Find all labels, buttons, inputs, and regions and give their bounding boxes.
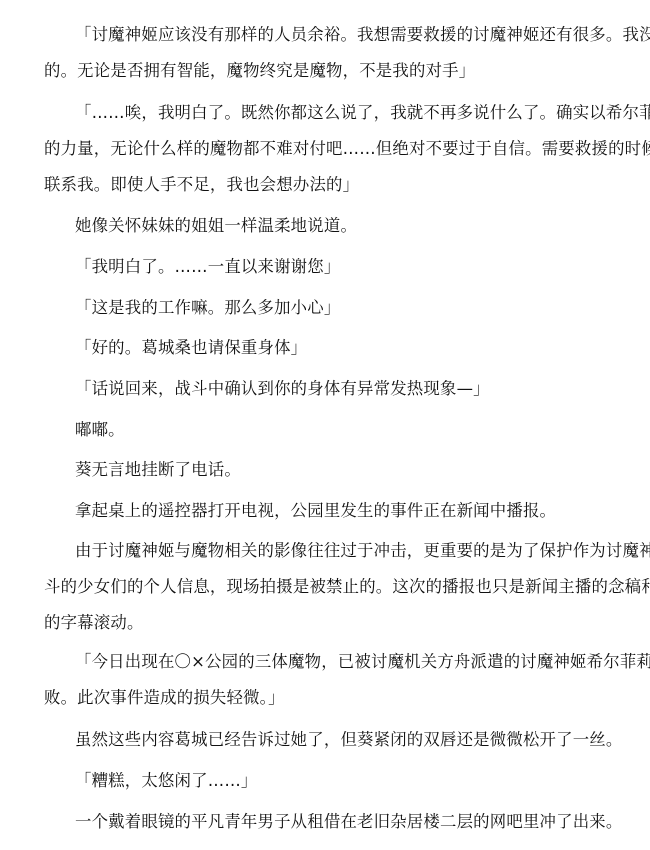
paragraph-line: 她像关怀妹妹的姐姐一样温柔地说道。 — [44, 208, 614, 244]
paragraph-2: 「……唉，我明白了。既然你都这么说了，我就不再多说什么了。确实以希尔菲莉亚 的力… — [44, 95, 614, 203]
paragraph-line: 联系我。即使人手不足，我也会想办法的」 — [44, 167, 614, 203]
paragraph-line: 「讨魔神姬应该没有那样的人员余裕。我想需要救援的讨魔神姬还有很多。我没问题 — [44, 17, 614, 53]
paragraph-15: 一个戴着眼镜的平凡青年男子从租借在老旧杂居楼二层的网吧里冲了出来。 — [44, 804, 614, 840]
paragraph-11: 由于讨魔神姬与魔物相关的影像往往过于冲击，更重要的是为了保护作为讨魔神姬战 斗的… — [44, 533, 614, 641]
paragraph-line: 「这是我的工作嘛。那么多加小心」 — [44, 290, 614, 326]
paragraph-4: 「我明白了。……一直以来谢谢您」 — [44, 249, 614, 285]
paragraph-line: 「糟糕，太悠闲了……」 — [44, 763, 614, 799]
paragraph-14: 「糟糕，太悠闲了……」 — [44, 763, 614, 799]
paragraph-line: 的字幕滚动。 — [44, 605, 614, 641]
paragraph-line: 斗的少女们的个人信息，现场拍摄是被禁止的。这次的播报也只是新闻主播的念稿和简单 — [44, 569, 614, 605]
paragraph-5: 「这是我的工作嘛。那么多加小心」 — [44, 290, 614, 326]
paragraph-1: 「讨魔神姬应该没有那样的人员余裕。我想需要救援的讨魔神姬还有很多。我没问题 的。… — [44, 17, 614, 89]
paragraph-line: 的。无论是否拥有智能，魔物终究是魔物，不是我的对手」 — [44, 53, 614, 89]
paragraph-line: 的力量，无论什么样的魔物都不难对付吧……但绝对不要过于自信。需要救援的时候立刻 — [44, 131, 614, 167]
paragraph-9: 葵无言地挂断了电话。 — [44, 452, 614, 488]
paragraph-line: 由于讨魔神姬与魔物相关的影像往往过于冲击，更重要的是为了保护作为讨魔神姬战 — [44, 533, 614, 569]
paragraph-13: 虽然这些内容葛城已经告诉过她了，但葵紧闭的双唇还是微微松开了一丝。 — [44, 722, 614, 758]
paragraph-line: 「……唉，我明白了。既然你都这么说了，我就不再多说什么了。确实以希尔菲莉亚 — [44, 95, 614, 131]
paragraph-7: 「话说回来，战斗中确认到你的身体有异常发热现象—」 — [44, 371, 614, 407]
paragraph-12: 「今日出现在〇×公园的三体魔物，已被讨魔机关方舟派遣的讨魔神姬希尔菲莉亚击 败。… — [44, 644, 614, 716]
paragraph-line: 「我明白了。……一直以来谢谢您」 — [44, 249, 614, 285]
paragraph-line: 「话说回来，战斗中确认到你的身体有异常发热现象—」 — [44, 371, 614, 407]
paragraph-8: 嘟嘟。 — [44, 412, 614, 448]
paragraph-line: 拿起桌上的遥控器打开电视，公园里发生的事件正在新闻中播报。 — [44, 493, 614, 529]
paragraph-line: 葵无言地挂断了电话。 — [44, 452, 614, 488]
paragraph-line: 败。此次事件造成的损失轻微。」 — [44, 680, 614, 716]
paragraph-6: 「好的。葛城桑也请保重身体」 — [44, 330, 614, 366]
paragraph-line: 一个戴着眼镜的平凡青年男子从租借在老旧杂居楼二层的网吧里冲了出来。 — [44, 804, 614, 840]
paragraph-line: 「好的。葛城桑也请保重身体」 — [44, 330, 614, 366]
paragraph-10: 拿起桌上的遥控器打开电视，公园里发生的事件正在新闻中播报。 — [44, 493, 614, 529]
paragraph-line: 「今日出现在〇×公园的三体魔物，已被讨魔机关方舟派遣的讨魔神姬希尔菲莉亚击 — [44, 644, 614, 680]
paragraph-3: 她像关怀妹妹的姐姐一样温柔地说道。 — [44, 208, 614, 244]
paragraph-line: 嘟嘟。 — [44, 412, 614, 448]
paragraph-line: 虽然这些内容葛城已经告诉过她了，但葵紧闭的双唇还是微微松开了一丝。 — [44, 722, 614, 758]
